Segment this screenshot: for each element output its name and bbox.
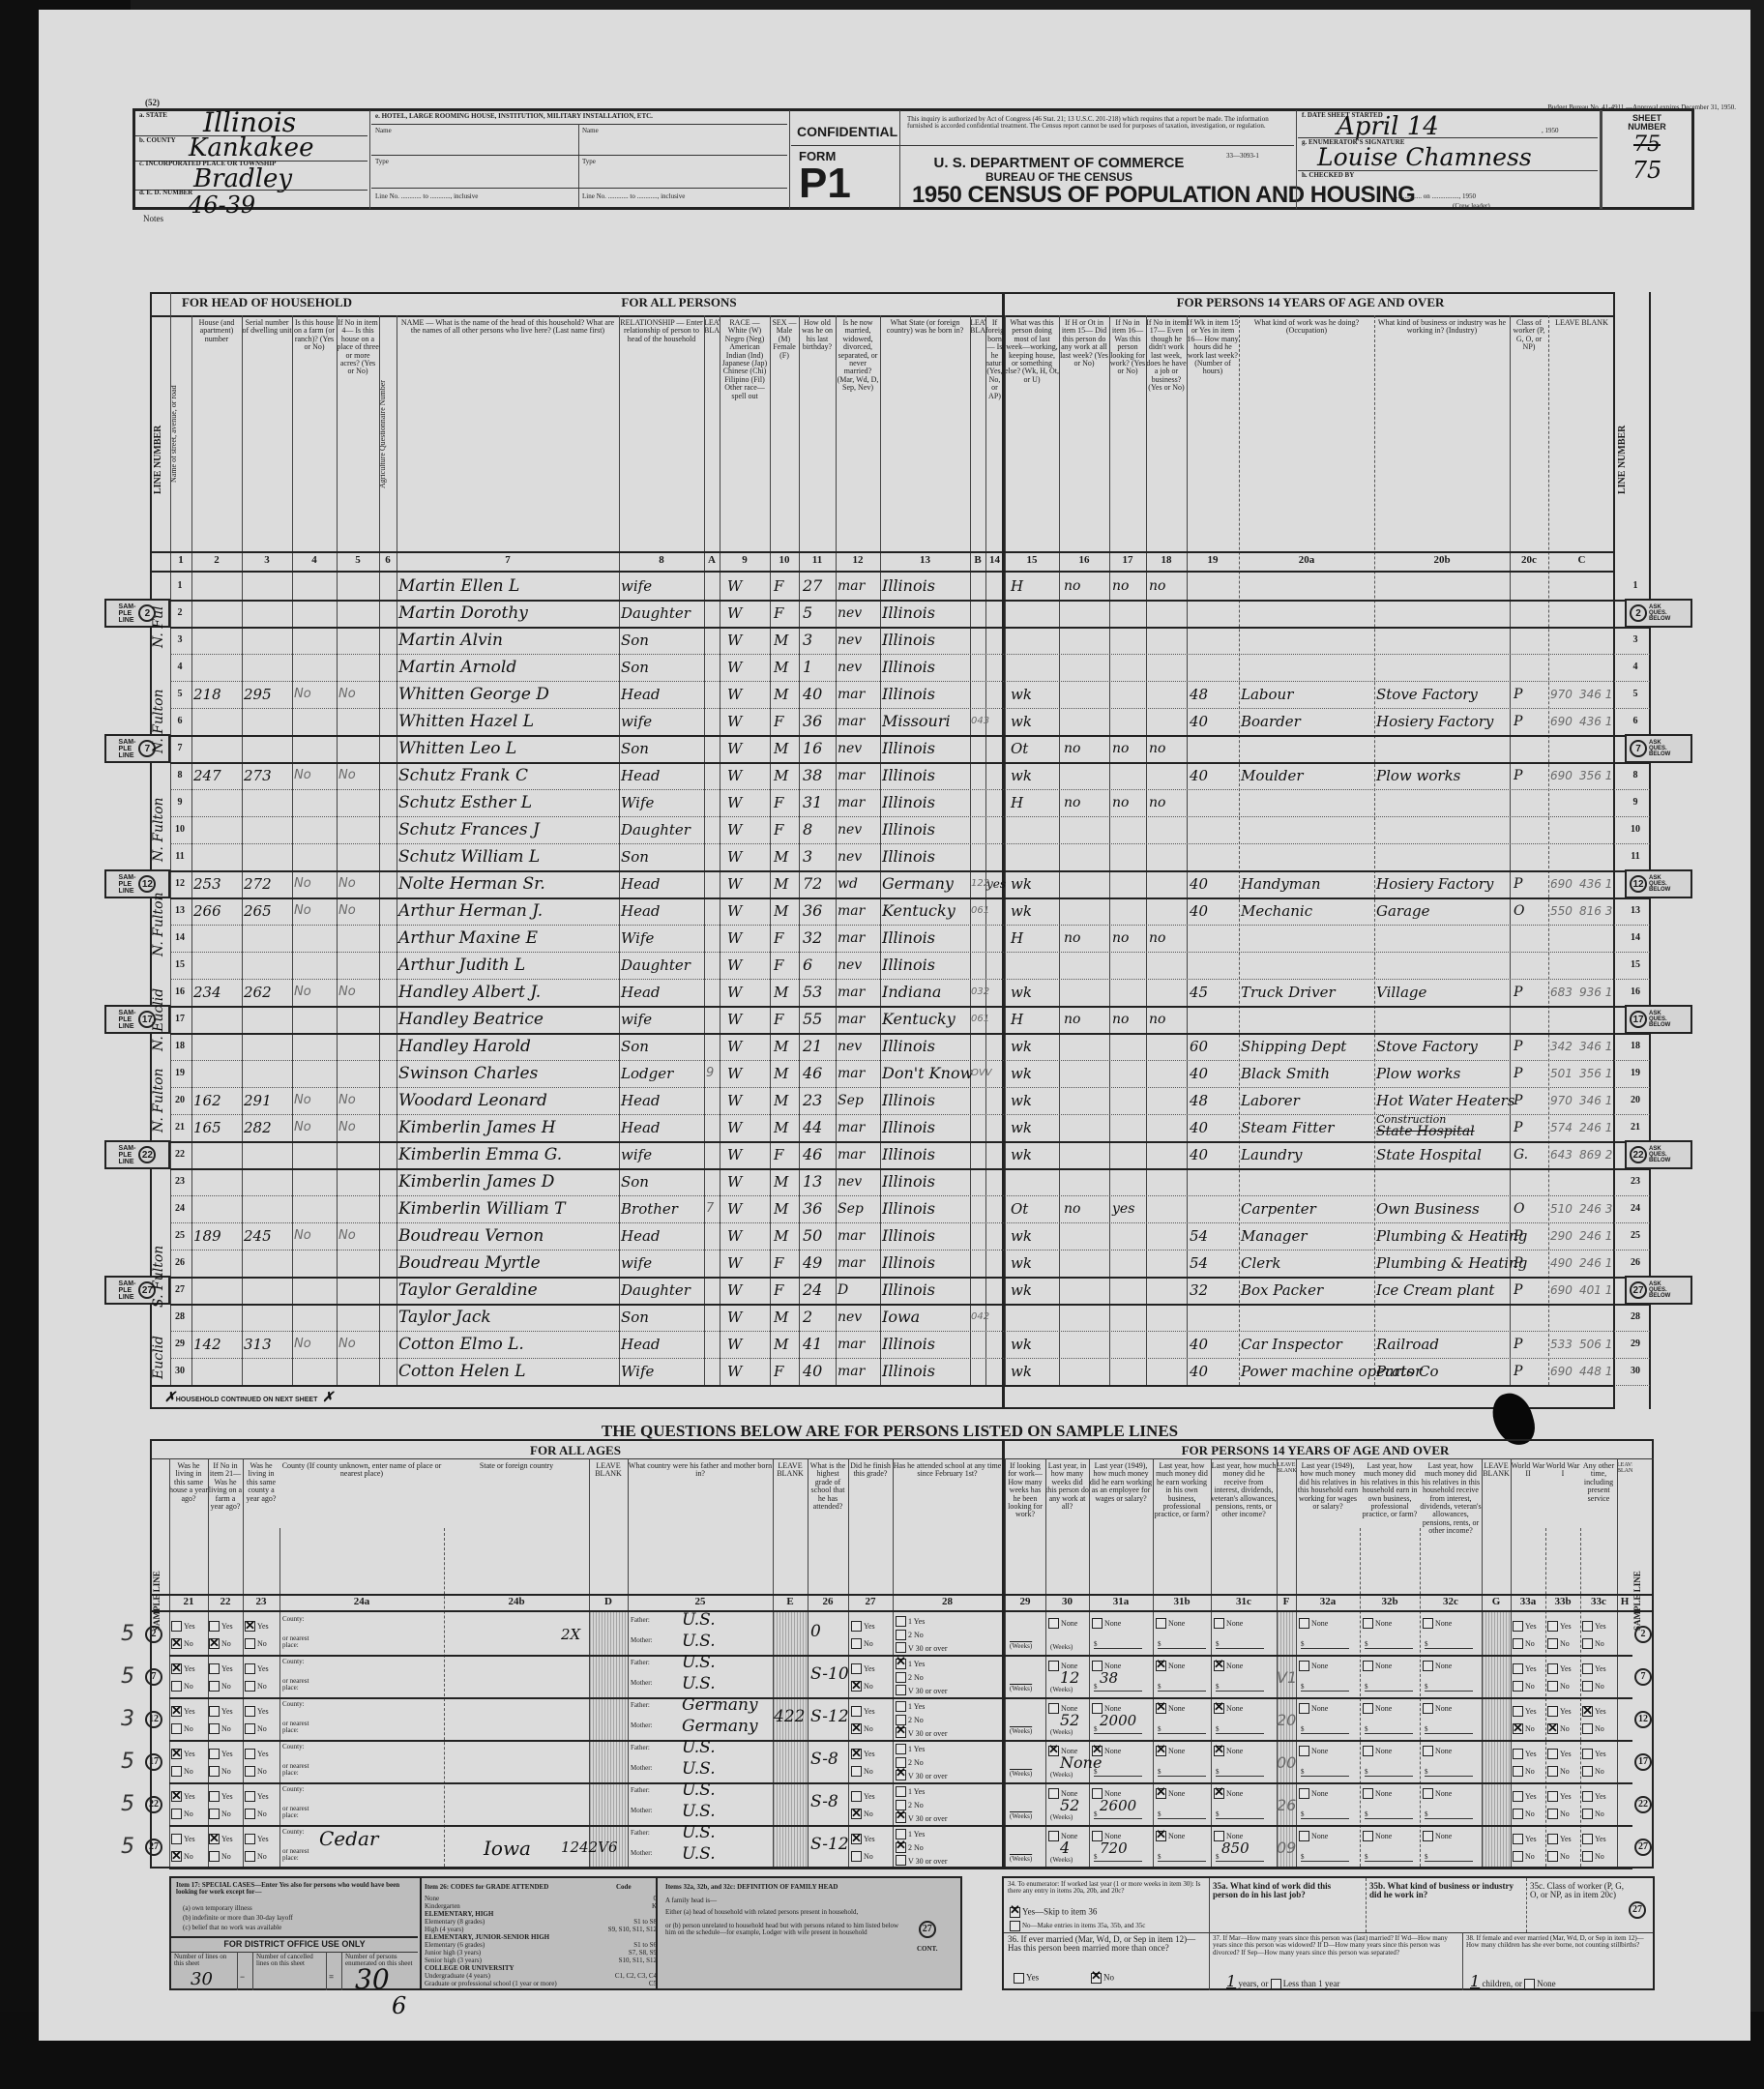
q33c-no-checkbox[interactable]: No [1582, 1805, 1604, 1821]
persons-enumerated-value: 30 [355, 1963, 390, 1995]
q31b-none-checkbox[interactable]: None [1156, 1657, 1185, 1673]
nearest-place-label: or nearestplace: [282, 1635, 309, 1650]
cell-q18 [1149, 952, 1186, 979]
line-number-right: 16 [1627, 986, 1644, 997]
cell-age: 40 [803, 1358, 836, 1385]
q32a-none-checkbox[interactable]: None [1299, 1699, 1328, 1716]
q23-no-checkbox[interactable]: No [245, 1720, 267, 1736]
cell-a [706, 843, 720, 870]
cell-code1: 690 [1550, 708, 1579, 735]
family-head-a: Either (a) head of household with relate… [665, 1909, 946, 1916]
q31c-none-checkbox[interactable]: None [1214, 1699, 1243, 1716]
cell-activity: wk [1011, 681, 1059, 708]
cell-rel: wife [621, 1250, 704, 1277]
school-30-checkbox[interactable]: V 30 or over [896, 1767, 948, 1783]
cell-occupation: Mechanic [1241, 897, 1374, 925]
q33a-yes-checkbox[interactable]: Yes [1513, 1745, 1537, 1761]
cell-q18 [1149, 816, 1186, 843]
q22-yes-checkbox[interactable]: Yes [209, 1830, 233, 1846]
cell-name: Martin Dorothy [398, 600, 621, 627]
q32a-none-checkbox[interactable]: None [1299, 1784, 1328, 1801]
finished-no-checkbox[interactable]: No [851, 1805, 873, 1821]
cell-code2: 346 1 [1579, 1087, 1614, 1114]
finished-no-checkbox[interactable]: No [851, 1720, 873, 1736]
q23-no-checkbox[interactable]: No [245, 1805, 267, 1821]
form-code: 33—3093-1 [1226, 153, 1259, 160]
line-number-right: 5 [1627, 689, 1644, 699]
q32b-none-checkbox[interactable]: None [1363, 1742, 1392, 1758]
school-30-checkbox[interactable]: V 30 or over [896, 1724, 948, 1741]
cell-b: OVV [971, 1060, 986, 1087]
cell-house [193, 627, 242, 654]
cell-serial: 245 [244, 1222, 292, 1250]
cell-activity [1011, 952, 1059, 979]
sheet-number-struck: 75 [1602, 132, 1692, 157]
cell-race: W [727, 1087, 766, 1114]
q32b-none-checkbox[interactable]: None [1363, 1614, 1392, 1631]
cell-activity: wk [1011, 1114, 1059, 1141]
cell-birthplace: Illinois [882, 1277, 971, 1304]
cell-q17: no [1112, 735, 1147, 762]
q31c-none-checkbox[interactable]: None [1214, 1657, 1243, 1673]
q23-no-checkbox[interactable]: No [245, 1762, 267, 1779]
grade-value: 0 [810, 1622, 821, 1641]
cell-nat [986, 1331, 1004, 1358]
q23-no-checkbox[interactable]: No [245, 1677, 267, 1693]
q33a-no-checkbox[interactable]: No [1513, 1720, 1535, 1736]
sample-column-number-E: E [773, 1596, 808, 1607]
cell-nat [986, 1168, 1004, 1195]
q36-yes[interactable]: Yes [1014, 1973, 1039, 1984]
cell-birthplace: Illinois [882, 762, 971, 789]
sample-column-number-29: 29 [1005, 1596, 1045, 1607]
cell-house [193, 925, 242, 952]
q33a-yes-checkbox[interactable]: Yes [1513, 1830, 1537, 1846]
cell-a [706, 708, 720, 735]
cell-activity: wk [1011, 762, 1059, 789]
cell-house [193, 600, 242, 627]
q33a-no-checkbox[interactable]: No [1513, 1805, 1535, 1821]
q31b-none-checkbox[interactable]: None [1156, 1784, 1185, 1801]
cell-code1: 574 [1550, 1114, 1579, 1141]
code-f-value: V1 [1277, 1668, 1297, 1687]
finished-yes-checkbox[interactable]: Yes [851, 1617, 875, 1633]
q32c-none-checkbox[interactable]: None [1423, 1784, 1452, 1801]
table-row: 2121165282NoNoKimberlin James HHeadWM44m… [0, 1114, 1764, 1141]
q33c-no-checkbox[interactable]: No [1582, 1677, 1604, 1693]
q31a-none-checkbox[interactable]: None [1092, 1742, 1121, 1758]
grade-codes-list: None0KindergartenKELEMENTARY, HIGHElemen… [425, 1896, 657, 1988]
q34-no[interactable]: No—Make entries in items 35a, 35b, and 3… [1010, 1921, 1145, 1931]
cell-acres: No [338, 681, 379, 708]
cell-hours [1190, 1006, 1238, 1033]
q33c-no-checkbox[interactable]: No [1582, 1720, 1604, 1736]
q33c-yes-checkbox[interactable]: Yes [1582, 1787, 1606, 1804]
cell-q18 [1149, 1168, 1186, 1195]
cell-name: Taylor Geraldine [398, 1277, 621, 1304]
q31b-none-checkbox[interactable]: None [1156, 1699, 1185, 1716]
father-birthplace: U.S. [682, 1823, 716, 1842]
street-name: N. Fulton [151, 870, 172, 979]
q31b-none-checkbox[interactable]: None [1156, 1614, 1185, 1631]
cell-code2: 356 1 [1579, 1060, 1614, 1087]
cell-q16 [1064, 952, 1108, 979]
q32c-none-checkbox[interactable]: None [1423, 1657, 1452, 1673]
cell-occupation [1241, 925, 1374, 952]
q21-yes-checkbox[interactable]: Yes [171, 1660, 195, 1676]
q33c-yes-checkbox[interactable]: Yes [1582, 1660, 1606, 1676]
cell-age: 49 [803, 1250, 836, 1277]
q22-no-checkbox[interactable]: No [209, 1805, 231, 1821]
q32c-none-checkbox[interactable]: None [1423, 1827, 1452, 1843]
cell-b [971, 1033, 986, 1060]
finished-yes-checkbox[interactable]: Yes [851, 1830, 875, 1846]
cell-serial [244, 1168, 292, 1195]
column-number-3: 3 [242, 554, 292, 566]
q32c-none-checkbox[interactable]: None [1423, 1742, 1452, 1758]
cell-activity: wk [1011, 1222, 1059, 1250]
weeks-label-30: (Weeks) [1050, 1772, 1073, 1779]
q33c-no-checkbox[interactable]: No [1582, 1847, 1604, 1864]
cell-b [971, 1331, 986, 1358]
cell-a [706, 627, 720, 654]
cell-nat [986, 1358, 1004, 1385]
cell-q18 [1149, 1114, 1186, 1141]
q33a-yes-checkbox[interactable]: Yes [1513, 1660, 1537, 1676]
cell-marital: mar [838, 897, 880, 925]
sample-column-header-30: Last year, in how many weeks did this pe… [1045, 1462, 1089, 1592]
cell-sex: F [774, 816, 799, 843]
q23-yes-checkbox[interactable]: Yes [245, 1787, 269, 1804]
column-number-B: B [970, 554, 985, 566]
q23-no-checkbox[interactable]: No [245, 1634, 267, 1651]
cell-industry: Garage [1376, 897, 1510, 925]
q22-yes-checkbox[interactable]: Yes [209, 1617, 233, 1633]
cell-q18 [1149, 1141, 1186, 1168]
finished-yes-checkbox[interactable]: Yes [851, 1787, 875, 1804]
cell-house [193, 1006, 242, 1033]
finished-yes-checkbox[interactable]: Yes [851, 1702, 875, 1719]
cell-name: Martin Ellen L [398, 573, 621, 600]
cell-sex: M [774, 627, 799, 654]
q23-no-checkbox[interactable]: No [245, 1847, 267, 1864]
q33b-yes-checkbox[interactable]: Yes [1547, 1830, 1572, 1846]
sample-column-header-31b: Last year, how much money did he earn wo… [1153, 1462, 1211, 1592]
q33b-yes-checkbox[interactable]: Yes [1547, 1745, 1572, 1761]
q21-no-checkbox[interactable]: No [171, 1847, 193, 1864]
cell-industry [1376, 789, 1510, 816]
q22-yes-checkbox[interactable]: Yes [209, 1660, 233, 1676]
q23-yes-checkbox[interactable]: Yes [245, 1830, 269, 1846]
q31b-none-checkbox[interactable]: None [1156, 1827, 1185, 1843]
cell-name: Arthur Judith L [398, 952, 621, 979]
q22-no-checkbox[interactable]: No [209, 1847, 231, 1864]
q33b-no-checkbox[interactable]: No [1547, 1805, 1570, 1821]
q34-yes[interactable]: Yes—Skip to item 36 [1010, 1907, 1097, 1918]
cell-code1: 533 [1550, 1331, 1579, 1358]
q33a-yes-checkbox[interactable]: Yes [1513, 1617, 1537, 1633]
q23-yes-checkbox[interactable]: Yes [245, 1702, 269, 1719]
cell-race: W [727, 708, 766, 735]
cell-farm: No [294, 1114, 337, 1141]
cell-a [706, 1304, 720, 1331]
q31c-none-checkbox[interactable]: None [1214, 1742, 1243, 1758]
q33b-no-checkbox[interactable]: No [1547, 1634, 1570, 1651]
cell-a [706, 573, 720, 600]
cell-age: 36 [803, 708, 836, 735]
sample-column-number-32c: 32c [1420, 1596, 1482, 1607]
q33b-no-checkbox[interactable]: No [1547, 1677, 1570, 1693]
q21-yes-checkbox[interactable]: Yes [171, 1830, 195, 1846]
cell-race: W [727, 870, 766, 897]
line-number: 6 [171, 716, 189, 726]
cell-serial: 265 [244, 897, 292, 925]
cell-marital: nev [838, 654, 880, 681]
school-30-checkbox[interactable]: V 30 or over [896, 1809, 948, 1826]
column-number-13: 13 [880, 554, 970, 566]
cell-race: W [727, 1006, 766, 1033]
cell-b: 061 [971, 1006, 986, 1033]
cell-sex: M [774, 843, 799, 870]
cell-occupation: Black Smith [1241, 1060, 1374, 1087]
cell-marital: nev [838, 600, 880, 627]
q33c-no-checkbox[interactable]: No [1582, 1634, 1604, 1651]
q33a-yes-checkbox[interactable]: Yes [1513, 1702, 1537, 1719]
q21-yes-checkbox[interactable]: Yes [171, 1702, 195, 1719]
q22-yes-checkbox[interactable]: Yes [209, 1745, 233, 1761]
cell-nat [986, 789, 1004, 816]
cell-farm [294, 843, 337, 870]
grade-codes-title: Item 26: CODES for GRADE ATTENDED [425, 1884, 548, 1891]
q33c-yes-checkbox[interactable]: Yes [1582, 1617, 1606, 1633]
q33a-no-checkbox[interactable]: No [1513, 1634, 1535, 1651]
cell-q17: no [1112, 789, 1147, 816]
cell-activity [1011, 654, 1059, 681]
q33c-yes-checkbox[interactable]: Yes [1582, 1830, 1606, 1846]
q21-yes-checkbox[interactable]: Yes [171, 1617, 195, 1633]
cell-q16 [1064, 1114, 1108, 1141]
q33b-yes-checkbox[interactable]: Yes [1547, 1702, 1572, 1719]
finished-yes-checkbox[interactable]: Yes [851, 1660, 875, 1676]
q32a-none-checkbox[interactable]: None [1299, 1614, 1328, 1631]
cell-q16 [1064, 816, 1108, 843]
q32c-none-checkbox[interactable]: None [1423, 1699, 1452, 1716]
q30-none-checkbox[interactable]: None [1048, 1614, 1077, 1631]
q22-yes-checkbox[interactable]: Yes [209, 1787, 233, 1804]
table-row: 1313266265NoNoArthur Herman J.HeadWM36ma… [0, 897, 1764, 925]
q22-no-checkbox[interactable]: No [209, 1720, 231, 1736]
cell-birthplace: Illinois [882, 654, 971, 681]
table-row: 2424Kimberlin William TBrother7WM36SepIl… [0, 1195, 1764, 1222]
q22-yes-checkbox[interactable]: Yes [209, 1702, 233, 1719]
cell-a [706, 789, 720, 816]
q21-no-checkbox[interactable]: No [171, 1762, 193, 1779]
q21-no-checkbox[interactable]: No [171, 1720, 193, 1736]
cell-q17 [1112, 1114, 1147, 1141]
cell-age: 55 [803, 1006, 836, 1033]
cell-age: 6 [803, 952, 836, 979]
section-persons-14: FOR PERSONS 14 YEARS OF AGE AND OVER [1006, 295, 1615, 310]
q32b-none-checkbox[interactable]: None [1363, 1699, 1392, 1716]
q23-yes-checkbox[interactable]: Yes [245, 1660, 269, 1676]
cell-a [706, 1277, 720, 1304]
district-office-title: FOR DISTRICT OFFICE USE ONLY [176, 1940, 413, 1949]
cell-acres [338, 789, 379, 816]
q21-no-checkbox[interactable]: No [171, 1634, 193, 1651]
ask-questions-below-marker: 2ASKQUES.BELOW [1625, 599, 1692, 628]
cell-industry: Plow works [1376, 762, 1510, 789]
line-number: 27 [171, 1284, 189, 1295]
column-number-19: 19 [1187, 554, 1239, 566]
section-head-of-household: FOR HEAD OF HOUSEHOLD [174, 295, 360, 310]
q33b-no-checkbox[interactable]: No [1547, 1847, 1570, 1864]
cell-birthplace: Illinois [882, 681, 971, 708]
q32a-none-checkbox[interactable]: None [1299, 1827, 1328, 1843]
q33b-no-checkbox[interactable]: No [1547, 1762, 1570, 1779]
cell-industry: ConstructionState Hospital [1376, 1114, 1510, 1141]
cell-race: W [727, 1250, 766, 1277]
line-number: 16 [171, 986, 189, 997]
cell-sex: F [774, 600, 799, 627]
q21-yes-checkbox[interactable]: Yes [171, 1745, 195, 1761]
weeks-label-30: (Weeks) [1050, 1857, 1073, 1864]
q33b-yes-checkbox[interactable]: Yes [1547, 1660, 1572, 1676]
cell-farm [294, 1141, 337, 1168]
cell-sex: M [774, 735, 799, 762]
sample-column-header-G: LEAVE BLANK [1482, 1462, 1511, 1592]
cell-hours [1190, 816, 1238, 843]
q33a-no-checkbox[interactable]: No [1513, 1762, 1535, 1779]
cell-acres: No [338, 1222, 379, 1250]
sample-margin-note: 5 [121, 1792, 134, 1816]
column-number-14: 14 [985, 554, 1004, 566]
finished-no-checkbox[interactable]: No [851, 1762, 873, 1779]
q33c-yes-checkbox[interactable]: Yes [1582, 1745, 1606, 1761]
q31a-none-checkbox[interactable]: None [1092, 1614, 1121, 1631]
q21-yes-checkbox[interactable]: Yes [171, 1787, 195, 1804]
q22-no-checkbox[interactable]: No [209, 1634, 231, 1651]
sample-column-number-25: 25 [628, 1596, 773, 1607]
cell-hours: 60 [1190, 1033, 1238, 1060]
school-30-checkbox[interactable]: V 30 or over [896, 1852, 948, 1868]
sample-column-number-31c: 31c [1211, 1596, 1277, 1607]
sample-column-header-25: What country were his father and mother … [628, 1462, 773, 1592]
cell-hours [1190, 925, 1238, 952]
line-number: 2 [171, 607, 189, 618]
cell-farm [294, 600, 337, 627]
sheet-number-block: SHEET NUMBER 75 75 [1602, 110, 1692, 207]
column-header-10: SEX — Male (M) Female (F) [770, 319, 799, 549]
cell-acres [338, 1168, 379, 1195]
cell-a [706, 654, 720, 681]
cell-activity: wk [1011, 1277, 1059, 1304]
q31c-none-checkbox[interactable]: None [1214, 1784, 1243, 1801]
finished-yes-checkbox[interactable]: Yes [851, 1745, 875, 1761]
cell-house [193, 1141, 242, 1168]
q32a-none-checkbox[interactable]: None [1299, 1742, 1328, 1758]
q36-no[interactable]: No [1091, 1973, 1114, 1984]
q33b-yes-checkbox[interactable]: Yes [1547, 1787, 1572, 1804]
cell-q16 [1064, 1033, 1108, 1060]
cell-activity: wk [1011, 979, 1059, 1006]
cell-serial: 282 [244, 1114, 292, 1141]
weeks-label: (Weeks) [1010, 1856, 1032, 1863]
q22-no-checkbox[interactable]: No [209, 1762, 231, 1779]
line-number: 4 [171, 662, 189, 672]
cell-race: W [727, 1331, 766, 1358]
cell-marital: nev [838, 1168, 880, 1195]
q21-no-checkbox[interactable]: No [171, 1677, 193, 1693]
cell-age: 21 [803, 1033, 836, 1060]
q32a-none-checkbox[interactable]: None [1299, 1657, 1328, 1673]
sample-column-number-F: F [1277, 1596, 1296, 1607]
street-name: Euclid [151, 1331, 172, 1385]
q32b-none-checkbox[interactable]: None [1363, 1827, 1392, 1843]
q23-yes-checkbox[interactable]: Yes [245, 1617, 269, 1633]
cell-b [971, 654, 986, 681]
q33b-no-checkbox[interactable]: No [1547, 1720, 1570, 1736]
cell-q16 [1064, 1331, 1108, 1358]
q32c-none-checkbox[interactable]: None [1423, 1614, 1452, 1631]
sample-line-number: 17 [145, 1753, 162, 1771]
cell-q16 [1064, 870, 1108, 897]
q33a-no-checkbox[interactable]: No [1513, 1677, 1535, 1693]
mother-birthplace: U.S. [682, 1759, 716, 1779]
q22-no-checkbox[interactable]: No [209, 1677, 231, 1693]
q23-yes-checkbox[interactable]: Yes [245, 1745, 269, 1761]
q32b-none-checkbox[interactable]: None [1363, 1657, 1392, 1673]
q21-no-checkbox[interactable]: No [171, 1805, 193, 1821]
cell-q17: yes [1112, 1195, 1147, 1222]
q33c-yes-checkbox[interactable]: Yes [1582, 1702, 1606, 1719]
cell-hours: 40 [1190, 762, 1238, 789]
cell-age: 46 [803, 1141, 836, 1168]
finished-no-checkbox[interactable]: No [851, 1634, 873, 1651]
finished-no-checkbox[interactable]: No [851, 1847, 873, 1864]
cell-occupation: Laborer [1241, 1087, 1374, 1114]
column-number-9: 9 [720, 554, 770, 566]
cell-sex: M [774, 1033, 799, 1060]
sample-column-header-21: Was he living in this same house a year … [169, 1462, 208, 1592]
cell-hours: 48 [1190, 681, 1238, 708]
cell-age: 53 [803, 979, 836, 1006]
cell-b [971, 735, 986, 762]
cell-house: 247 [193, 762, 242, 789]
q33b-yes-checkbox[interactable]: Yes [1547, 1617, 1572, 1633]
q33a-yes-checkbox[interactable]: Yes [1513, 1787, 1537, 1804]
finished-no-checkbox[interactable]: No [851, 1677, 873, 1693]
cell-q18 [1149, 627, 1186, 654]
father-birthplace: Germany [682, 1695, 758, 1715]
cell-q16 [1064, 897, 1108, 925]
weeks-worked-value: 52 [1060, 1796, 1079, 1814]
q32b-none-checkbox[interactable]: None [1363, 1784, 1392, 1801]
school-30-checkbox[interactable]: V 30 or over [896, 1682, 948, 1698]
cell-age: 16 [803, 735, 836, 762]
q31c-none-checkbox[interactable]: None [1214, 1614, 1243, 1631]
cell-occupation [1241, 1006, 1374, 1033]
sample-margin-note: 5 [121, 1835, 134, 1859]
cell-nat [986, 1195, 1004, 1222]
institution-heading: e. HOTEL, LARGE ROOMING HOUSE, INSTITUTI… [375, 113, 653, 120]
q31b-none-checkbox[interactable]: None [1156, 1742, 1185, 1758]
cell-farm [294, 1277, 337, 1304]
q33a-no-checkbox[interactable]: No [1513, 1847, 1535, 1864]
cell-hours [1190, 789, 1238, 816]
line-number-right: 9 [1627, 797, 1644, 808]
q33c-no-checkbox[interactable]: No [1582, 1762, 1604, 1779]
grade-value: S-10 [810, 1664, 849, 1684]
